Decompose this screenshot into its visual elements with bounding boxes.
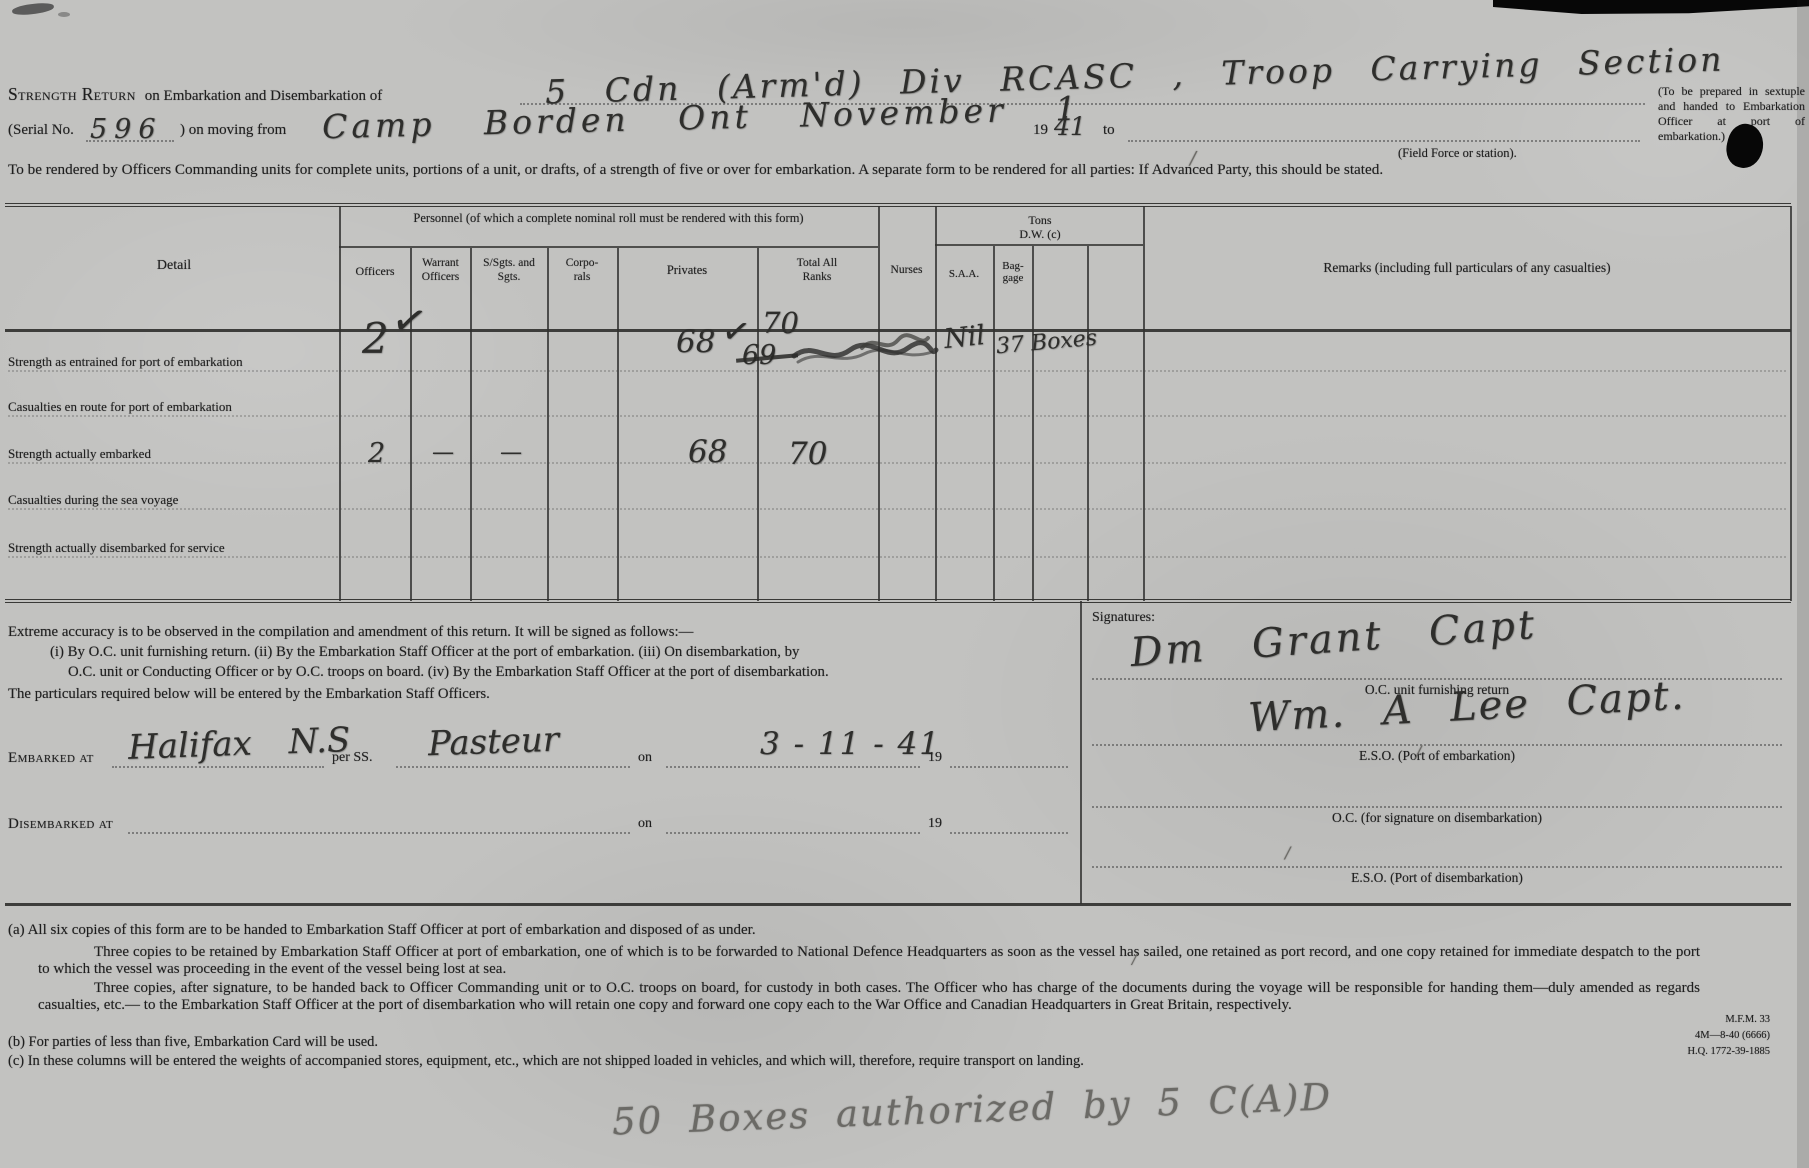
disembarked-at-label: Disembarked at: [8, 816, 113, 833]
row-rule: [8, 556, 1786, 558]
header-tons-line1: Tons: [937, 213, 1143, 228]
cell-privates-entrained: 68: [676, 324, 715, 360]
header-warrant-officers: Warrant Officers: [412, 257, 469, 284]
col-line: [757, 248, 759, 601]
cell-officers-entrained: 2: [362, 314, 389, 363]
table-right-border: [1790, 206, 1792, 601]
signature-rule: [1092, 806, 1782, 808]
year-printed: 19: [1033, 122, 1048, 139]
footnote-a-sub1: Three copies to be retained by Embarkati…: [38, 944, 1700, 978]
footnote-a-sub2: Three copies, after signature, to be han…: [38, 980, 1700, 1014]
header-baggage: Bag-gage: [995, 260, 1031, 284]
col-line: [993, 246, 995, 601]
signatures-heading: Signatures:: [1092, 610, 1155, 626]
oc-signature: Dm Grant Capt: [1129, 602, 1539, 676]
embark-year-rule: [950, 766, 1068, 768]
footnote-a: (a) All six copies of this form are to b…: [8, 922, 756, 939]
form-code-2: 4M—8-40 (6666): [1600, 1030, 1770, 1041]
strength-return-form-scan: Strength Return on Embarkation and Disem…: [0, 0, 1809, 1168]
scan-edge-mark: [1493, 0, 1809, 14]
disembark-place-rule: [128, 832, 630, 834]
disembark-year-rule: [950, 832, 1068, 834]
signature-rule: [1092, 866, 1782, 868]
accuracy-line4: The particulars required below will be e…: [8, 686, 490, 703]
cell-warrant-embarked: —: [432, 440, 454, 465]
signature-rule: [1092, 744, 1782, 746]
embark-on-label: on: [638, 750, 652, 766]
row-label: Strength actually embarked: [8, 446, 151, 462]
col-line: [547, 248, 549, 601]
row-rule: [8, 370, 1786, 372]
cell-total-embarked: 70: [788, 436, 827, 472]
row-rule: [8, 462, 1786, 464]
row-label: Strength as entrained for port of embark…: [8, 354, 243, 370]
embark-date-rule: [666, 766, 920, 768]
row-label: Casualties during the sea voyage: [8, 492, 178, 508]
row-label: Casualties en route for port of embarkat…: [8, 399, 232, 415]
header-saa: S.A.A.: [936, 268, 992, 280]
embark-place-handwritten: Halifax N.S: [127, 720, 350, 768]
col-line: [1032, 246, 1034, 601]
embark-ship-handwritten: Pasteur: [427, 720, 559, 765]
cell-saa-entrained: Nil: [942, 320, 986, 355]
form-code-1: M.F.M. 33: [1600, 1014, 1770, 1025]
embark-ship-rule: [396, 766, 630, 768]
form-code-3: H.Q. 1772-39-1885: [1600, 1046, 1770, 1057]
header-corporals: Corpo-rals: [558, 257, 606, 284]
pencil-tick: /: [1190, 148, 1196, 169]
pencil-annotation: 50 Boxes authorized by 5 C(A)D: [611, 1075, 1332, 1143]
pencil-tick: /: [1285, 843, 1290, 862]
scan-right-edge: [1797, 0, 1809, 1168]
disembark-on-label: on: [638, 816, 652, 832]
accuracy-line1: Extreme accuracy is to be observed in th…: [8, 624, 693, 641]
ink-scribble-mark: [858, 330, 932, 358]
check-mark: ✓: [387, 293, 432, 348]
moving-from-label: ) on moving from: [180, 122, 286, 139]
header-personnel: Personnel (of which a complete nominal r…: [341, 211, 876, 226]
header-remarks: Remarks (including full particulars of a…: [1146, 260, 1788, 276]
form-title-rest: on Embarkation and Disembarkation of: [145, 88, 382, 104]
cell-total-entrained: 70: [762, 306, 799, 340]
col-line: [1143, 206, 1145, 601]
body-bottom-rule: [5, 903, 1791, 906]
form-title-main: Strength Return: [8, 84, 136, 104]
row-label: Strength actually disembarked for servic…: [8, 540, 225, 556]
destination-rule: [1128, 140, 1640, 142]
col-line: [617, 248, 619, 601]
per-ss-label: per SS.: [332, 750, 372, 766]
disembark-date-rule: [666, 832, 920, 834]
col-line: [935, 206, 937, 601]
serial-label: (Serial No.: [8, 122, 74, 139]
pencil-tick: /: [1416, 742, 1421, 761]
cell-sgts-embarked: —: [500, 440, 522, 465]
disembark-year-label: 19: [928, 816, 942, 832]
form-title: Strength Return on Embarkation and Disem…: [8, 84, 382, 105]
accuracy-line2: (i) By O.C. unit furnishing return. (ii)…: [50, 644, 799, 661]
tons-underrule: [935, 244, 1143, 246]
header-sgts: S/Sgts. and Sgts.: [472, 257, 546, 284]
render-instructions: To be rendered by Officers Commanding un…: [8, 160, 1548, 180]
oc-disembark-label: O.C. (for signature on disembarkation): [1092, 810, 1782, 826]
cell-officers-embarked: 2: [368, 438, 385, 469]
scan-smudge: [58, 12, 70, 17]
header-nurses: Nurses: [879, 264, 934, 276]
moving-from-handwritten: Camp Borden Ont November 1: [322, 89, 1081, 147]
header-total-all-ranks: Total All Ranks: [787, 257, 847, 284]
footnote-c: (c) In these columns will be entered the…: [8, 1053, 1084, 1070]
accuracy-line3: O.C. unit or Conducting Officer or by O.…: [68, 664, 829, 681]
eso-signature-label: E.S.O. (Port of embarkation): [1092, 748, 1782, 764]
row-rule: [8, 415, 1786, 417]
serial-rule: [86, 140, 174, 142]
pencil-tick: /: [1132, 952, 1137, 968]
col-line: [470, 248, 472, 601]
year-handwritten: 41: [1054, 112, 1086, 141]
embark-date-handwritten: 3 - 11 - 41: [760, 726, 941, 762]
signatures-box-border: [1080, 601, 1082, 904]
field-force-label: (Field Force or station).: [1398, 146, 1517, 161]
table-top-rule: [5, 203, 1791, 207]
col-line: [1087, 246, 1089, 601]
header-officers: Officers: [341, 264, 409, 279]
embarked-at-label: Embarked at: [8, 750, 94, 767]
footnote-b: (b) For parties of less than five, Embar…: [8, 1034, 378, 1051]
eso-disembark-label: E.S.O. (Port of disembarkation): [1092, 870, 1782, 886]
scan-smudge: [12, 1, 55, 16]
header-tons-line2: D.W. (c): [937, 227, 1143, 242]
personnel-underrule: [339, 246, 878, 248]
to-label: to: [1103, 122, 1115, 139]
embark-year-label: 19: [928, 750, 942, 766]
cell-privates-embarked: 68: [688, 434, 727, 470]
header-privates: Privates: [619, 263, 755, 278]
row-rule: [8, 508, 1786, 510]
header-detail: Detail: [10, 258, 338, 274]
